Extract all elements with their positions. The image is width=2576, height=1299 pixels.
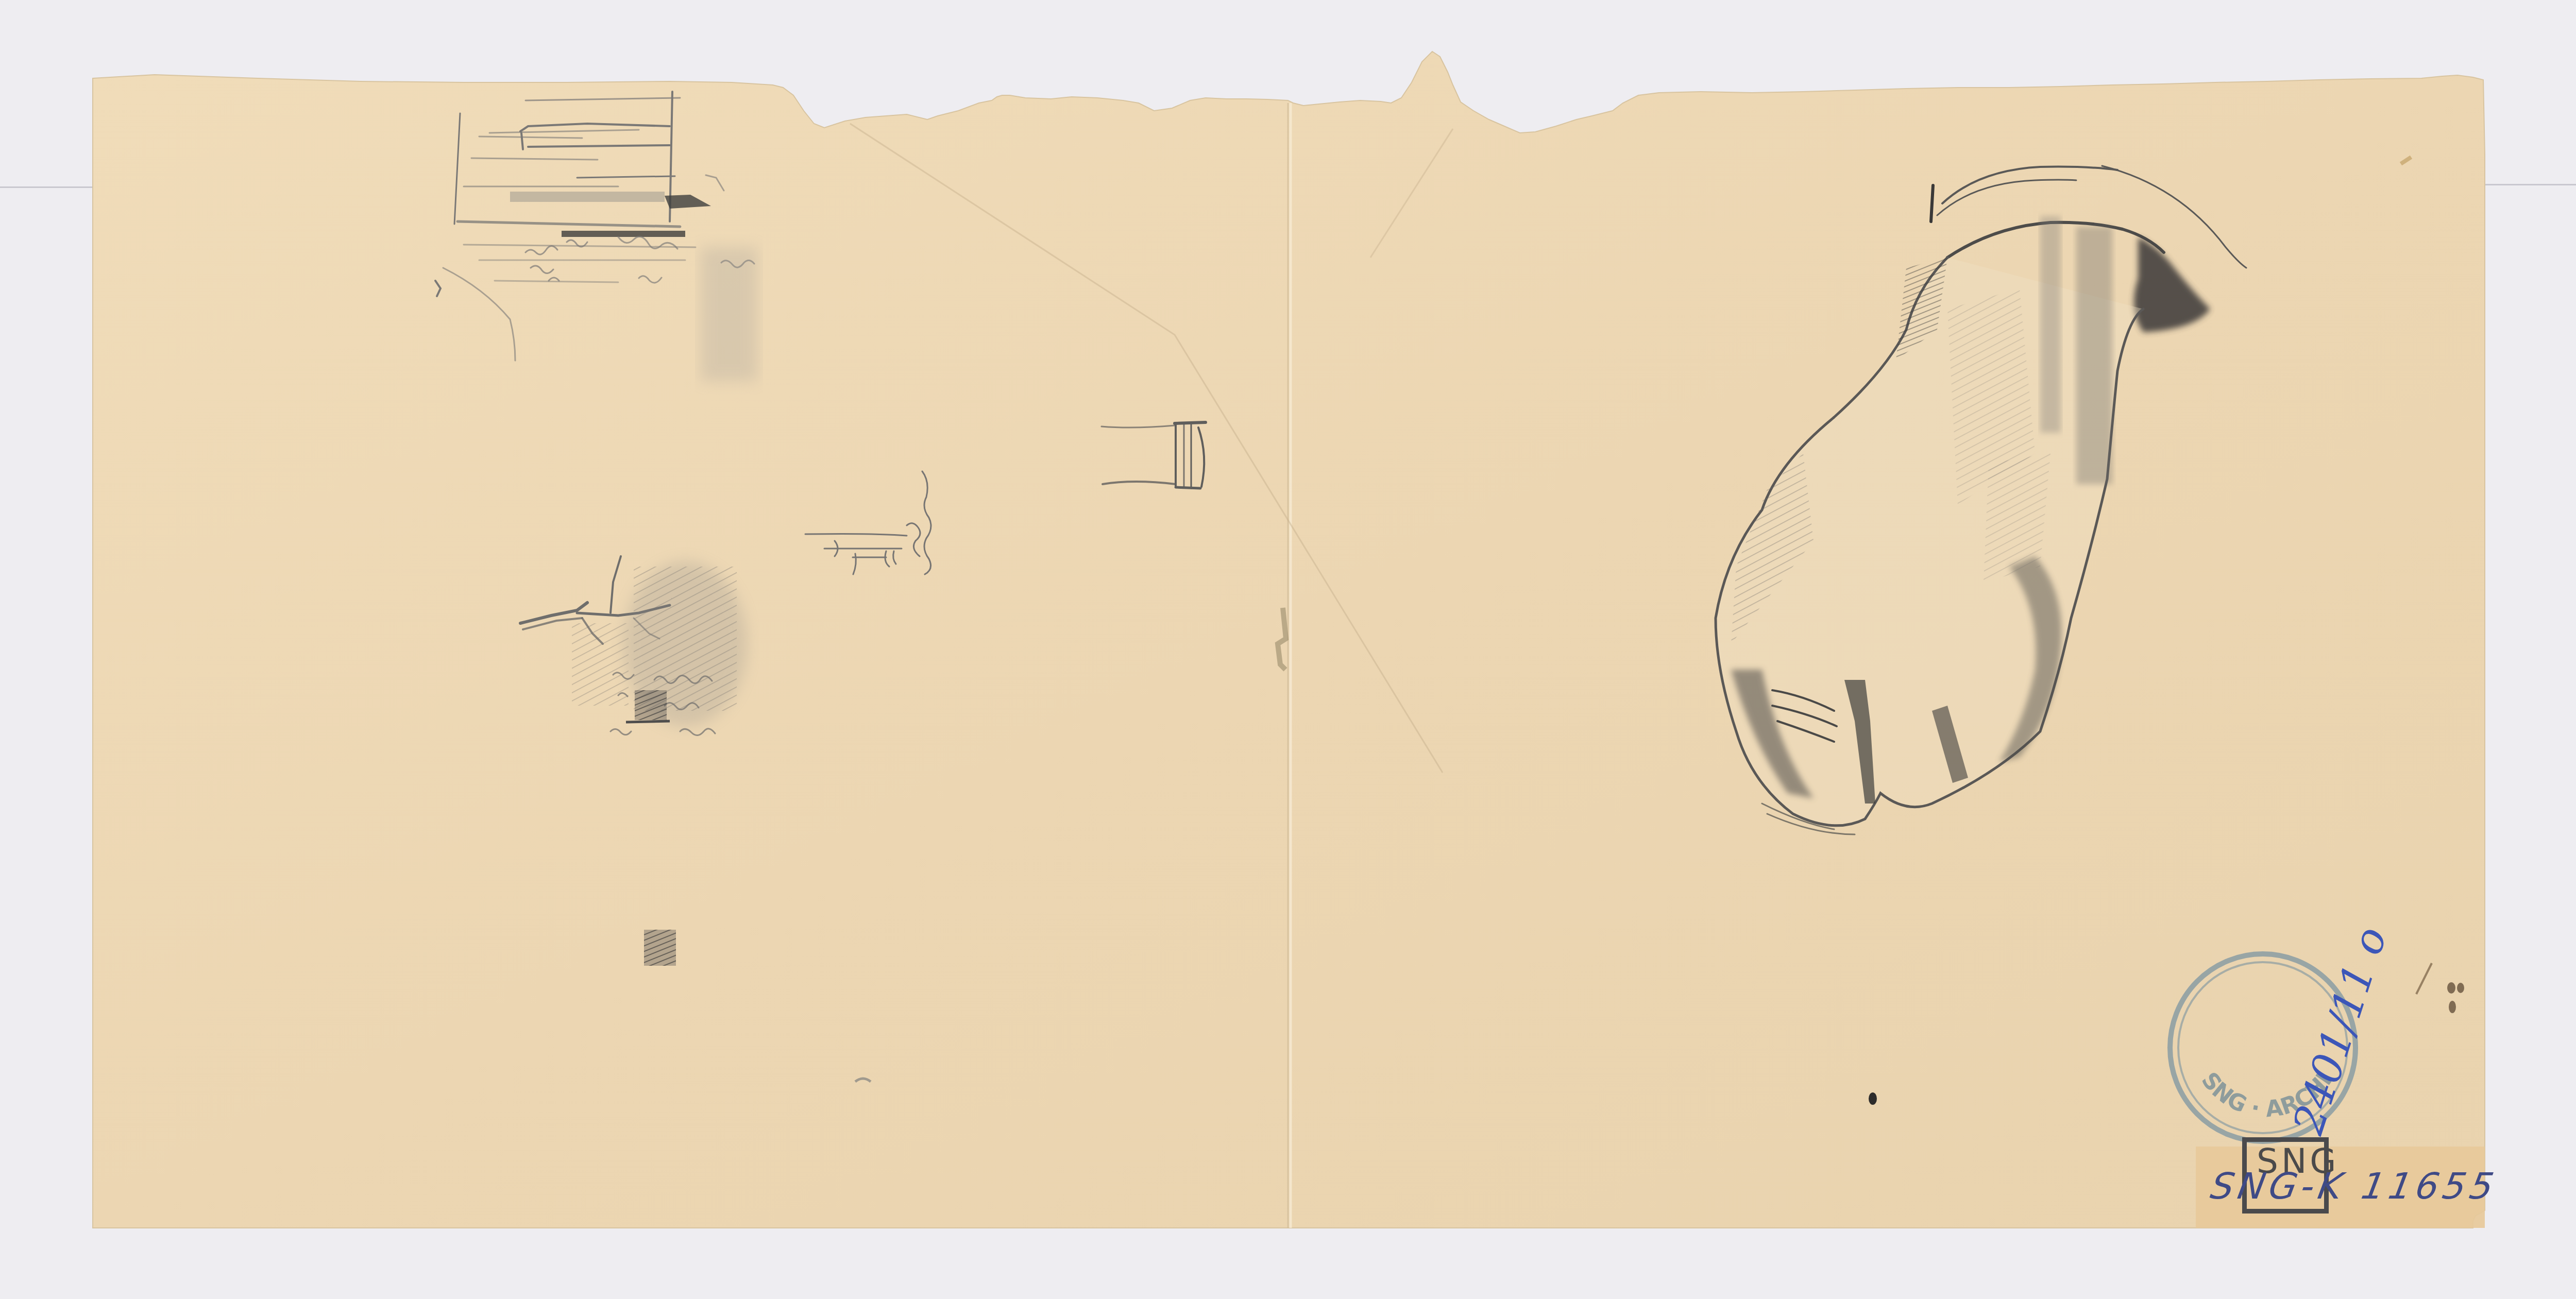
ink-spot	[1869, 1092, 1877, 1105]
inventory-number: SNG-K 11655	[2208, 1168, 2500, 1204]
